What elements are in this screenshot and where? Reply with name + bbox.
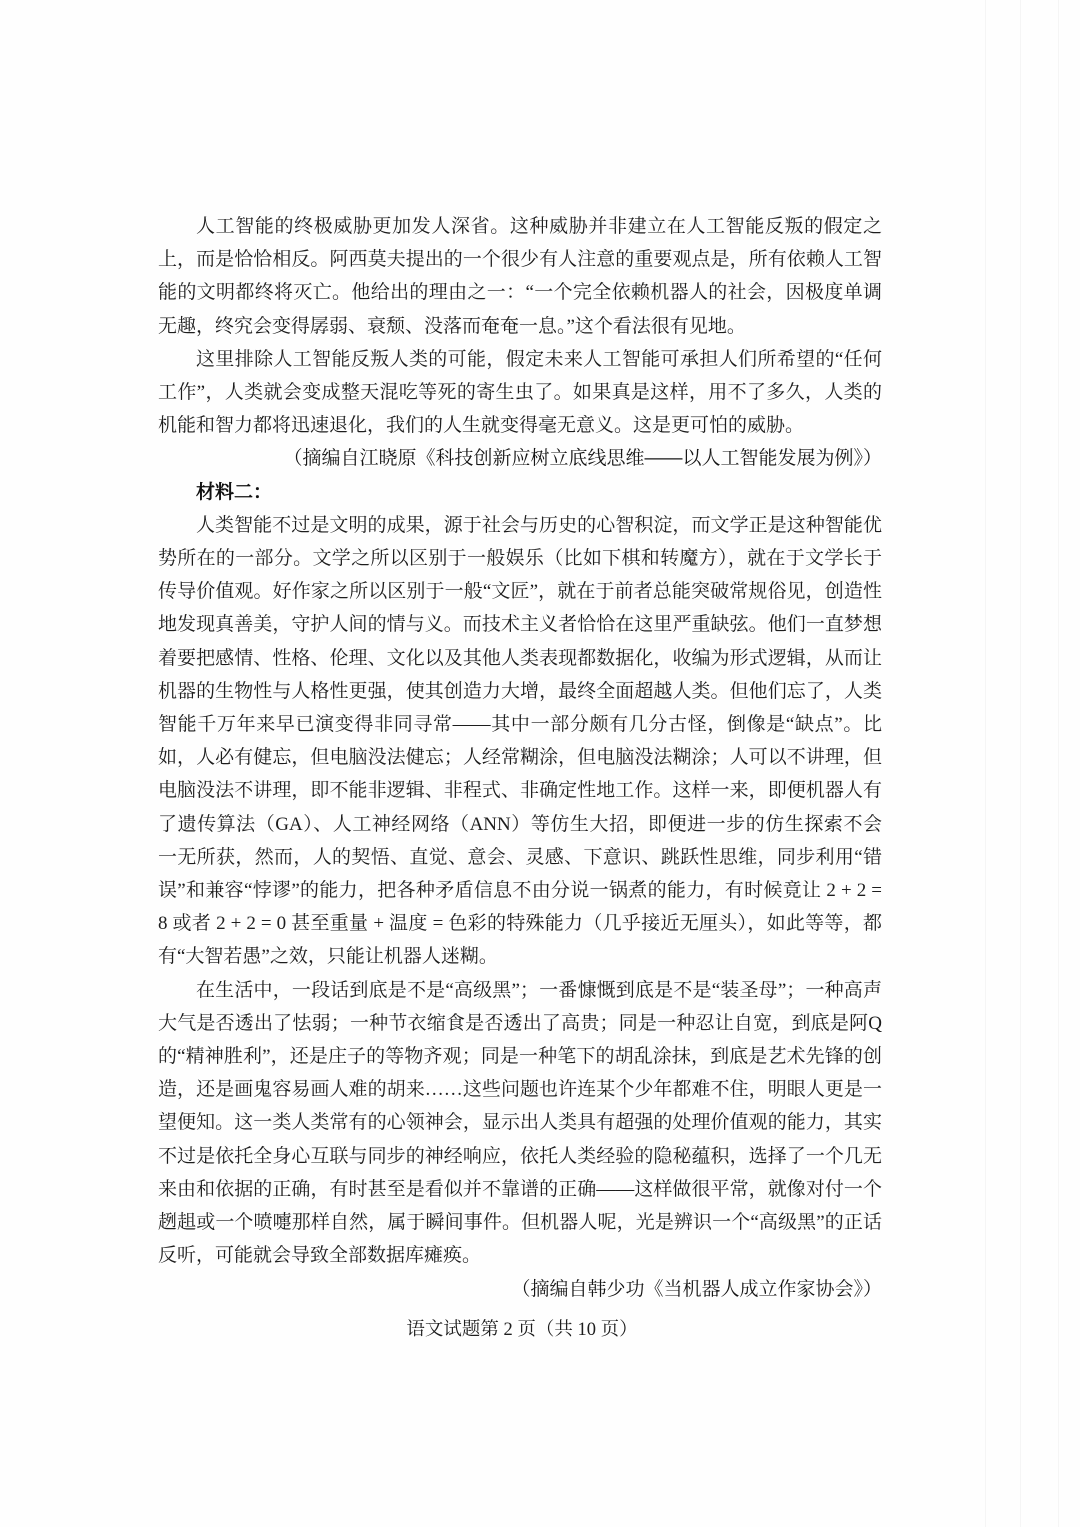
scan-artifact-line: [985, 0, 986, 1527]
material-one-paragraph-1: 人工智能的终极威胁更加发人深省。这种威胁并非建立在人工智能反叛的假定之上，而是恰…: [158, 210, 882, 343]
material-one-attribution: （摘编自江晓原《科技创新应树立底线思维——以人工智能发展为例》）: [158, 442, 882, 475]
page-footer: 语文试题第 2 页（共 10 页）: [0, 1316, 1062, 1344]
material-one-paragraph-2: 这里排除人工智能反叛人类的可能，假定未来人工智能可承担人们所希望的“任何工作”，…: [158, 343, 882, 443]
scan-artifact-line: [1058, 0, 1059, 1527]
material-two-heading: 材料二：: [158, 476, 882, 509]
exam-page: 人工智能的终极威胁更加发人深省。这种威胁并非建立在人工智能反叛的假定之上，而是恰…: [0, 0, 1080, 1527]
text-column: 人工智能的终极威胁更加发人深省。这种威胁并非建立在人工智能反叛的假定之上，而是恰…: [158, 210, 882, 1306]
material-two-paragraph-2: 在生活中，一段话到底是不是“高级黑”；一番慷慨到底是不是“装圣母”；一种高声大气…: [158, 974, 882, 1273]
material-two-paragraph-1: 人类智能不过是文明的成果，源于社会与历史的心智积淀，而文学正是这种智能优势所在的…: [158, 509, 882, 974]
scan-artifact-line: [1020, 0, 1021, 1527]
material-two-attribution: （摘编自韩少功《当机器人成立作家协会》）: [158, 1273, 882, 1306]
